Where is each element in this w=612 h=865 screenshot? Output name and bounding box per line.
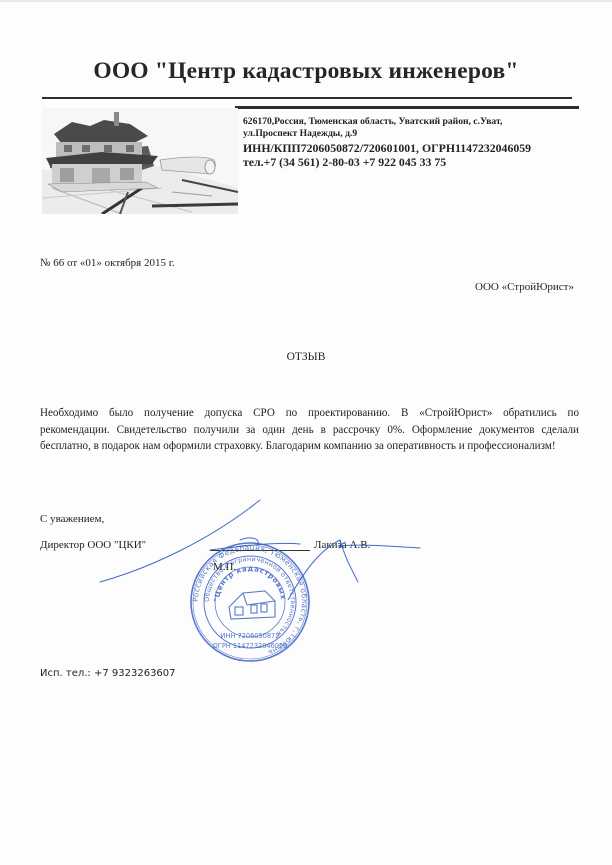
document-number-date: № 66 от «01» октября 2015 г. [40,257,175,269]
signer-name: Лакиза А.В. [314,539,370,551]
recipient: ООО «СтройЮрист» [475,281,574,293]
closing-regards: С уважением, [40,513,104,525]
address-line-2: ул.Проспект Надежды, д.9 [243,128,583,140]
header-divider-top [42,97,572,99]
body-line: Необходимо было получение допуска СРО по… [40,405,579,422]
address-line-1: 626170,Россия, Тюменская область, Уватск… [243,116,583,128]
house-blueprint-icon [42,108,238,214]
seal-label: М.П. [213,561,236,573]
review-body: Необходимо было получение допуска СРО по… [40,405,579,455]
company-contacts: 626170,Россия, Тюменская область, Уватск… [243,116,583,169]
company-stamp-icon: Российская Федерация, Тюменская область,… [189,541,311,663]
document-title: ОТЗЫВ [0,351,612,363]
registration-numbers: ИНН/КПП7206050872/720601001, ОГРН1147232… [243,141,583,155]
header-divider-bottom [235,106,579,109]
stamp-inn: ИНН 7206050872 [221,632,280,640]
body-line: рекомендации. Свидетельство получили за … [40,422,579,439]
stamp-ogrn: ОГРН 1147232046059 [213,642,288,650]
signer-role: Директор ООО "ЦКИ" [40,539,146,551]
executor-phone: Исп. тел.: +7 9323263607 [40,668,176,679]
body-line: бесплатно, в подарок нам оформили страхо… [40,438,579,455]
company-name-heading: ООО "Центр кадастровых инженеров" [0,58,612,85]
phone-numbers: тел.+7 (34 561) 2-80-03 +7 922 045 33 75 [243,155,583,169]
scan-edge [0,0,612,2]
document-page: ООО "Центр кадастровых инженеров" [0,0,612,865]
